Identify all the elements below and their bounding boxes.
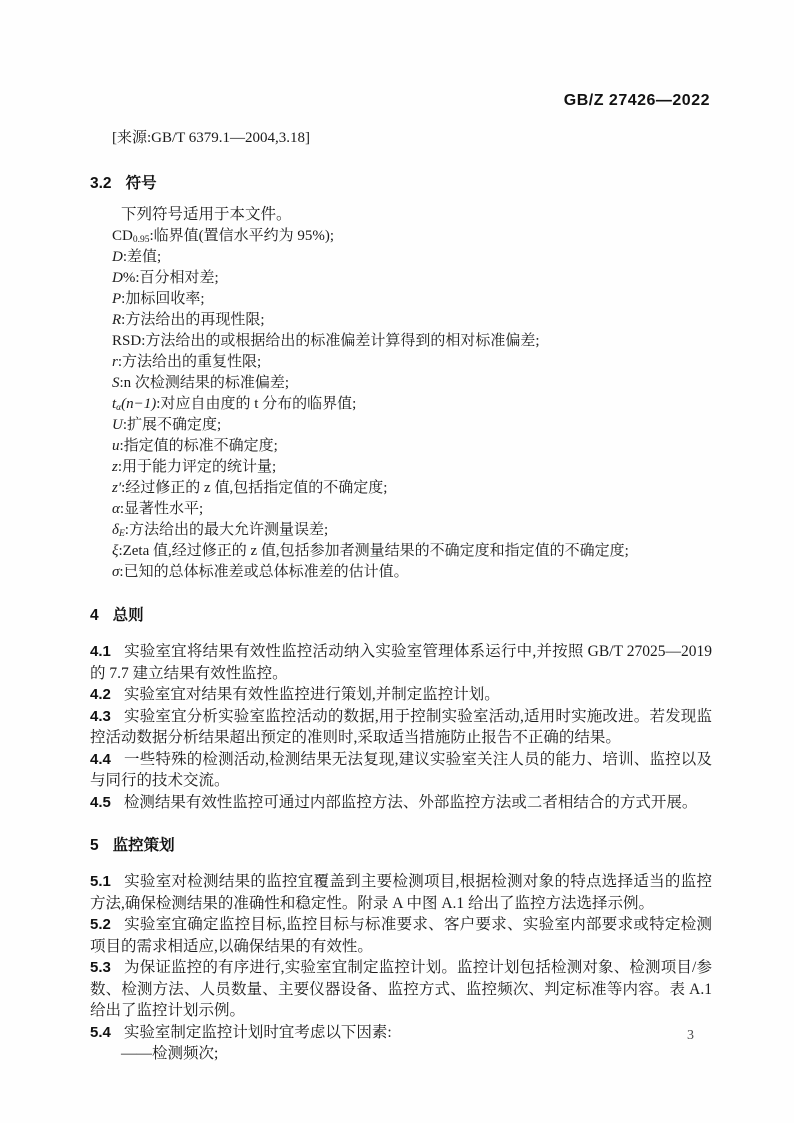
- clause-4-4: 4.4一些特殊的检测活动,检测结果无法复现,建议实验室关注人员的能力、培训、监控…: [90, 749, 712, 792]
- clause-text: 检测结果有效性监控可通过内部监控方法、外部监控方法或二者相结合的方式开展。: [124, 794, 698, 811]
- clause-4-2: 4.2实验室宜对结果有效性监控进行策划,并制定监控计划。: [90, 684, 712, 706]
- doc-code-header: GB/Z 27426—2022: [564, 92, 710, 110]
- symbol-after: %: [123, 270, 136, 286]
- symbol-base: δ: [112, 522, 119, 538]
- symbol-description: :对应自由度的 t 分布的临界值;: [156, 396, 356, 412]
- section-title: 总则: [113, 607, 144, 624]
- symbol-description: :显著性水平;: [120, 501, 203, 517]
- page-content: [来源:GB/T 6379.1—2004,3.18] 3.2符号 下列符号适用于…: [90, 128, 712, 1065]
- symbol-base: u: [112, 438, 120, 454]
- symbol-description: :经过修正的 z 值,包括指定值的不确定度;: [121, 480, 387, 496]
- symbol-definition: σ:已知的总体标准差或总体标准差的估计值。: [90, 562, 712, 583]
- symbol-definition: tα(n−1):对应自由度的 t 分布的临界值;: [90, 394, 712, 415]
- symbol-definition: δE:方法给出的最大允许测量误差;: [90, 520, 712, 541]
- clause-text: 一些特殊的检测活动,检测结果无法复现,建议实验室关注人员的能力、培训、监控以及与…: [90, 751, 712, 790]
- symbol-definition: S:n 次检测结果的标准偏差;: [90, 373, 712, 394]
- symbol-base: RSD: [112, 333, 141, 349]
- clause-5-2: 5.2实验室宜确定监控目标,监控目标与标准要求、客户要求、实验室内部要求或特定检…: [90, 914, 712, 957]
- symbol-base: D: [112, 249, 123, 265]
- section-4-heading: 4总则: [90, 606, 712, 626]
- clause-number: 4.3: [90, 708, 111, 725]
- symbol-subscript: 0.95: [133, 235, 150, 245]
- clause-number: 4.1: [90, 643, 111, 660]
- symbol-description: :差值;: [123, 249, 161, 265]
- document-page: GB/Z 27426—2022 [来源:GB/T 6379.1—2004,3.1…: [0, 0, 794, 1123]
- symbol-description: :用于能力评定的统计量;: [118, 459, 276, 475]
- symbol-definition: α:显著性水平;: [90, 499, 712, 520]
- symbol-description: :方法给出的最大允许测量误差;: [125, 522, 328, 538]
- symbol-description: :方法给出的再现性限;: [121, 312, 264, 328]
- symbol-definition: D:差值;: [90, 247, 712, 268]
- clause-text: 实验室宜分析实验室监控活动的数据,用于控制实验室活动,适用时实施改进。若发现监控…: [90, 708, 712, 747]
- clause-5-3: 5.3为保证监控的有序进行,实验室宜制定监控计划。监控计划包括检测对象、检测项目…: [90, 957, 712, 1022]
- clause-number: 4.4: [90, 751, 111, 768]
- symbol-description: :指定值的标准不确定度;: [120, 438, 278, 454]
- clause-4-1: 4.1实验室宜将结果有效性监控活动纳入实验室管理体系运行中,并按照 GB/T 2…: [90, 641, 712, 684]
- clause-text: 实验室对检测结果的监控宜覆盖到主要检测项目,根据检测对象的特点选择适当的监控方法…: [90, 873, 712, 912]
- section-5-heading: 5监控策划: [90, 836, 712, 856]
- symbol-description: :临界值(置信水平约为 95%);: [149, 228, 334, 244]
- symbol-definition: z:用于能力评定的统计量;: [90, 457, 712, 478]
- clause-text: 实验室宜将结果有效性监控活动纳入实验室管理体系运行中,并按照 GB/T 2702…: [90, 643, 712, 682]
- symbol-base: R: [112, 312, 121, 328]
- symbol-definition: r:方法给出的重复性限;: [90, 352, 712, 373]
- symbol-description: :加标回收率;: [121, 291, 204, 307]
- clause-5-1: 5.1实验室对检测结果的监控宜覆盖到主要检测项目,根据检测对象的特点选择适当的监…: [90, 871, 712, 914]
- clause-4-5: 4.5检测结果有效性监控可通过内部监控方法、外部监控方法或二者相结合的方式开展。: [90, 792, 712, 814]
- symbol-base: CD: [112, 228, 133, 244]
- clause-text: 实验室宜对结果有效性监控进行策划,并制定监控计划。: [124, 686, 500, 703]
- symbols-intro: 下列符号适用于本文件。: [90, 204, 712, 226]
- section-title: 监控策划: [113, 837, 175, 854]
- symbol-base: D: [112, 270, 123, 286]
- section-number: 3.2: [90, 175, 112, 192]
- page-number: 3: [687, 1028, 694, 1044]
- clause-5-4: 5.4实验室制定监控计划时宜考虑以下因素:: [90, 1022, 712, 1044]
- symbol-base: U: [112, 417, 123, 433]
- symbol-definition: R:方法给出的再现性限;: [90, 310, 712, 331]
- symbol-base: P: [112, 291, 121, 307]
- symbol-definition: U:扩展不确定度;: [90, 415, 712, 436]
- clause-number: 4.5: [90, 794, 111, 811]
- clause-4-3: 4.3实验室宜分析实验室监控活动的数据,用于控制实验室活动,适用时实施改进。若发…: [90, 706, 712, 749]
- list-item-dash: ——检测频次;: [90, 1043, 712, 1065]
- clause-text: 实验室宜确定监控目标,监控目标与标准要求、客户要求、实验室内部要求或特定检测项目…: [90, 916, 712, 955]
- clause-number: 5.4: [90, 1024, 111, 1041]
- clause-text: 为保证监控的有序进行,实验室宜制定监控计划。监控计划包括检测对象、检测项目/参数…: [90, 959, 712, 1019]
- symbol-after: (n−1): [121, 396, 156, 412]
- symbol-description: :扩展不确定度;: [123, 417, 221, 433]
- section-number: 5: [90, 837, 99, 854]
- symbol-description: :Zeta 值,经过修正的 z 值,包括参加者测量结果的不确定度和指定值的不确定…: [118, 543, 628, 559]
- section-title: 符号: [126, 175, 157, 192]
- symbol-definition: P:加标回收率;: [90, 289, 712, 310]
- symbol-description: :百分相对差;: [135, 270, 218, 286]
- symbol-definition: RSD:方法给出的或根据给出的标准偏差计算得到的相对标准偏差;: [90, 331, 712, 352]
- symbol-description: :n 次检测结果的标准偏差;: [120, 375, 290, 391]
- symbol-base: α: [112, 501, 120, 517]
- symbol-base: z′: [112, 480, 121, 496]
- clause-number: 4.2: [90, 686, 111, 703]
- symbol-description: :方法给出的重复性限;: [118, 354, 261, 370]
- symbol-base: S: [112, 375, 120, 391]
- symbol-description: :已知的总体标准差或总体标准差的估计值。: [119, 564, 408, 580]
- symbol-description: :方法给出的或根据给出的标准偏差计算得到的相对标准偏差;: [141, 333, 539, 349]
- clause-number: 5.1: [90, 873, 111, 890]
- symbol-definition: CD0.95:临界值(置信水平约为 95%);: [90, 226, 712, 247]
- symbols-list: CD0.95:临界值(置信水平约为 95%); D:差值; D%:百分相对差; …: [90, 226, 712, 583]
- section-3-2-heading: 3.2符号: [90, 174, 712, 194]
- source-reference: [来源:GB/T 6379.1—2004,3.18]: [90, 128, 712, 150]
- section-number: 4: [90, 607, 99, 624]
- symbol-definition: z′:经过修正的 z 值,包括指定值的不确定度;: [90, 478, 712, 499]
- clause-number: 5.3: [90, 959, 111, 976]
- symbol-definition: D%:百分相对差;: [90, 268, 712, 289]
- clause-text: 实验室制定监控计划时宜考虑以下因素:: [124, 1024, 392, 1041]
- symbol-definition: u:指定值的标准不确定度;: [90, 436, 712, 457]
- symbol-definition: ξ:Zeta 值,经过修正的 z 值,包括参加者测量结果的不确定度和指定值的不确…: [90, 541, 712, 562]
- clause-number: 5.2: [90, 916, 111, 933]
